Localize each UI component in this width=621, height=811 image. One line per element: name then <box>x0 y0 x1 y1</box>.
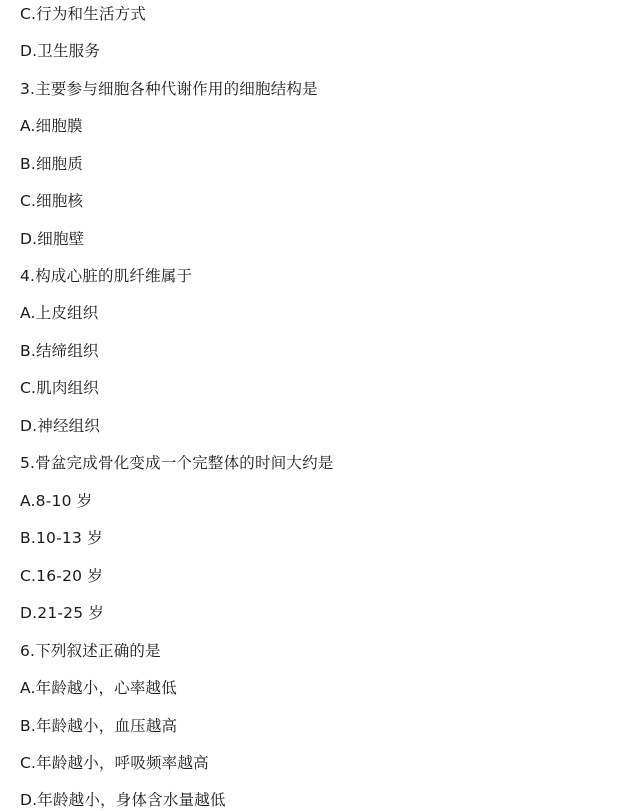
option-2c: C.行为和生活方式 <box>20 3 146 25</box>
question-5: 5.骨盆完成骨化变成一个完整体的时间大约是 <box>20 452 334 474</box>
option-5b: B.10-13 岁 <box>20 527 103 549</box>
option-5a: A.8-10 岁 <box>20 490 92 512</box>
option-6d: D.年龄越小，身体含水量越低 <box>20 789 226 811</box>
option-6c: C.年龄越小，呼吸频率越高 <box>20 752 209 774</box>
option-2d: D.卫生服务 <box>20 40 100 62</box>
option-5d: D.21-25 岁 <box>20 602 104 624</box>
option-4c: C.肌肉组织 <box>20 377 99 399</box>
option-3b: B.细胞质 <box>20 153 83 175</box>
option-3d: D.细胞壁 <box>20 228 84 250</box>
option-6b: B.年龄越小，血压越高 <box>20 715 177 737</box>
question-3: 3.主要参与细胞各种代谢作用的细胞结构是 <box>20 78 318 100</box>
option-5c: C.16-20 岁 <box>20 565 103 587</box>
option-6a: A.年龄越小，心率越低 <box>20 677 177 699</box>
option-3a: A.细胞膜 <box>20 115 83 137</box>
question-4: 4.构成心脏的肌纤维属于 <box>20 265 192 287</box>
question-6: 6.下列叙述正确的是 <box>20 640 161 662</box>
option-4d: D.神经组织 <box>20 415 100 437</box>
option-4b: B.结缔组织 <box>20 340 99 362</box>
option-3c: C.细胞核 <box>20 190 83 212</box>
option-4a: A.上皮组织 <box>20 302 98 324</box>
